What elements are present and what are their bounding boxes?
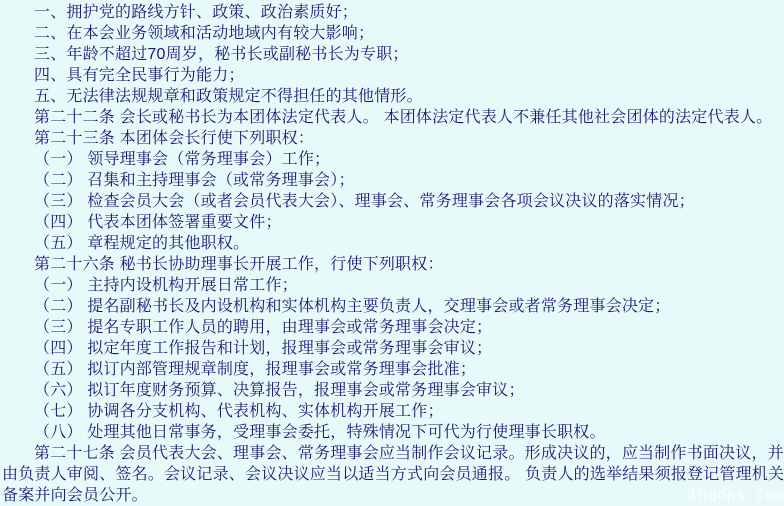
line-article-26-item-7: （七） 协调各分支机构、代表机构、实体机构开展工作； xyxy=(2,401,784,422)
line-article-23-item-4: （四） 代表本团体签署重要文件； xyxy=(2,212,784,233)
line-article-26-item-8: （八） 处理其他日常事务，受理事会委托，特殊情况下可代为行使理事长职权。 xyxy=(2,422,784,443)
line-article-26-item-4: （四） 拟定年度工作报告和计划，报理事会或常务理事会审议； xyxy=(2,338,784,359)
line-article-23: 第二十三条 本团体会长行使下列职权： xyxy=(2,128,784,149)
document-body: 一、拥护党的路线方针、政策、政治素质好； 二、在本会业务领域和活动地域内有较大影… xyxy=(2,2,784,506)
line-article-23-item-3: （三） 检查会员大会（或者会员代表大会）、理事会、常务理事会各项会议决议的落实情… xyxy=(2,191,784,212)
line-article-23-item-5: （五） 章程规定的其他职权。 xyxy=(2,233,784,254)
line-article-26-item-2: （二） 提名副秘书长及内设机构和实体机构主要负责人，交理事会或者常务理事会决定； xyxy=(2,296,784,317)
line-article-26-item-3: （三） 提名专职工作人员的聘用，由理事会或常务理事会决定； xyxy=(2,317,784,338)
line-criterion-4: 四、具有完全民事行为能力； xyxy=(2,65,784,86)
line-article-26-item-1: （一） 主持内设机构开展日常工作； xyxy=(2,275,784,296)
line-article-22: 第二十二条 会长或秘书长为本团体法定代表人。 本团体法定代表人不兼任其他社会团体… xyxy=(2,107,784,128)
line-article-27-continuation-2: 备案并向会员公开。 xyxy=(2,485,784,506)
line-criterion-2: 二、在本会业务领域和活动地域内有较大影响； xyxy=(2,23,784,44)
line-criterion-5: 五、无法律法规规章和政策规定不得担任的其他情形。 xyxy=(2,86,784,107)
line-article-26-item-5: （五） 拟订内部管理规章制度，报理事会或常务理事会批准； xyxy=(2,359,784,380)
line-article-23-item-2: （二） 召集和主持理事会（或常务理事会）； xyxy=(2,170,784,191)
line-article-27-continuation-1: 由负责人审阅、签名。会议记录、会议决议应当以适当方式向会员通报。 负责人的选举结… xyxy=(2,464,784,485)
line-article-23-item-1: （一） 领导理事会（常务理事会）工作； xyxy=(2,149,784,170)
line-article-26: 第二十六条 秘书长协助理事长开展工作，行使下列职权： xyxy=(2,254,784,275)
line-article-27: 第二十七条 会员代表大会、理事会、常务理事会应当制作会议记录。形成决议的，应当制… xyxy=(2,443,784,464)
line-criterion-1: 一、拥护党的路线方针、政策、政治素质好； xyxy=(2,2,784,23)
line-criterion-3: 三、年龄不超过70周岁，秘书长或副秘书长为专职； xyxy=(2,44,784,65)
line-article-26-item-6: （六） 拟订年度财务预算、决算报告，报理事会或常务理事会审议； xyxy=(2,380,784,401)
